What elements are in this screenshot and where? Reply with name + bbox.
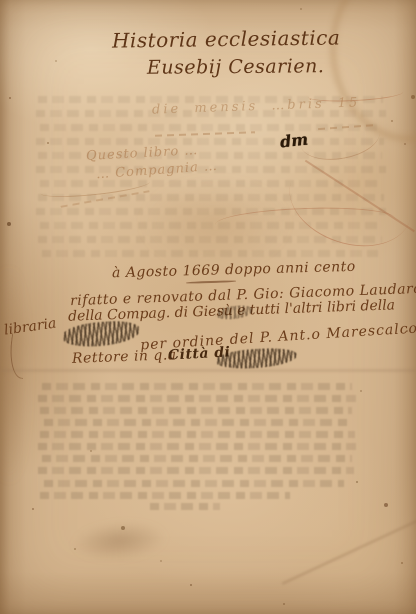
bleedthrough-line [42, 383, 352, 390]
bleedthrough-line [40, 431, 355, 438]
title-line-1: Historia ecclesiastica [112, 27, 341, 50]
bleedthrough-line [38, 395, 356, 402]
bleedthrough-line [44, 419, 349, 426]
bleedthrough-line [44, 480, 344, 487]
bleedthrough-line [40, 492, 290, 499]
bleedthrough-line [42, 455, 352, 462]
fold-crease-diagonal [282, 517, 416, 584]
crease-horizontal [0, 369, 416, 372]
bleedthrough-line [38, 443, 356, 450]
year-underline [186, 280, 236, 284]
manuscript-page: Historia ecclesiastica Eusebij Cesarien.… [0, 0, 416, 614]
ink-monogram: dm [279, 132, 309, 151]
stain-smudge [71, 518, 169, 564]
bleedthrough-line [150, 503, 220, 510]
foxing-speckles [0, 0, 2, 2]
annotation-line-5: Rettore in q.a [72, 348, 177, 366]
faded-inscription-questo: Questo libro … [86, 144, 199, 163]
bleedthrough-line [40, 407, 352, 414]
faded-ink-trace [155, 131, 255, 136]
title-line-2: Eusebij Cesarien. [147, 57, 324, 78]
bleedthrough-line [38, 467, 354, 474]
